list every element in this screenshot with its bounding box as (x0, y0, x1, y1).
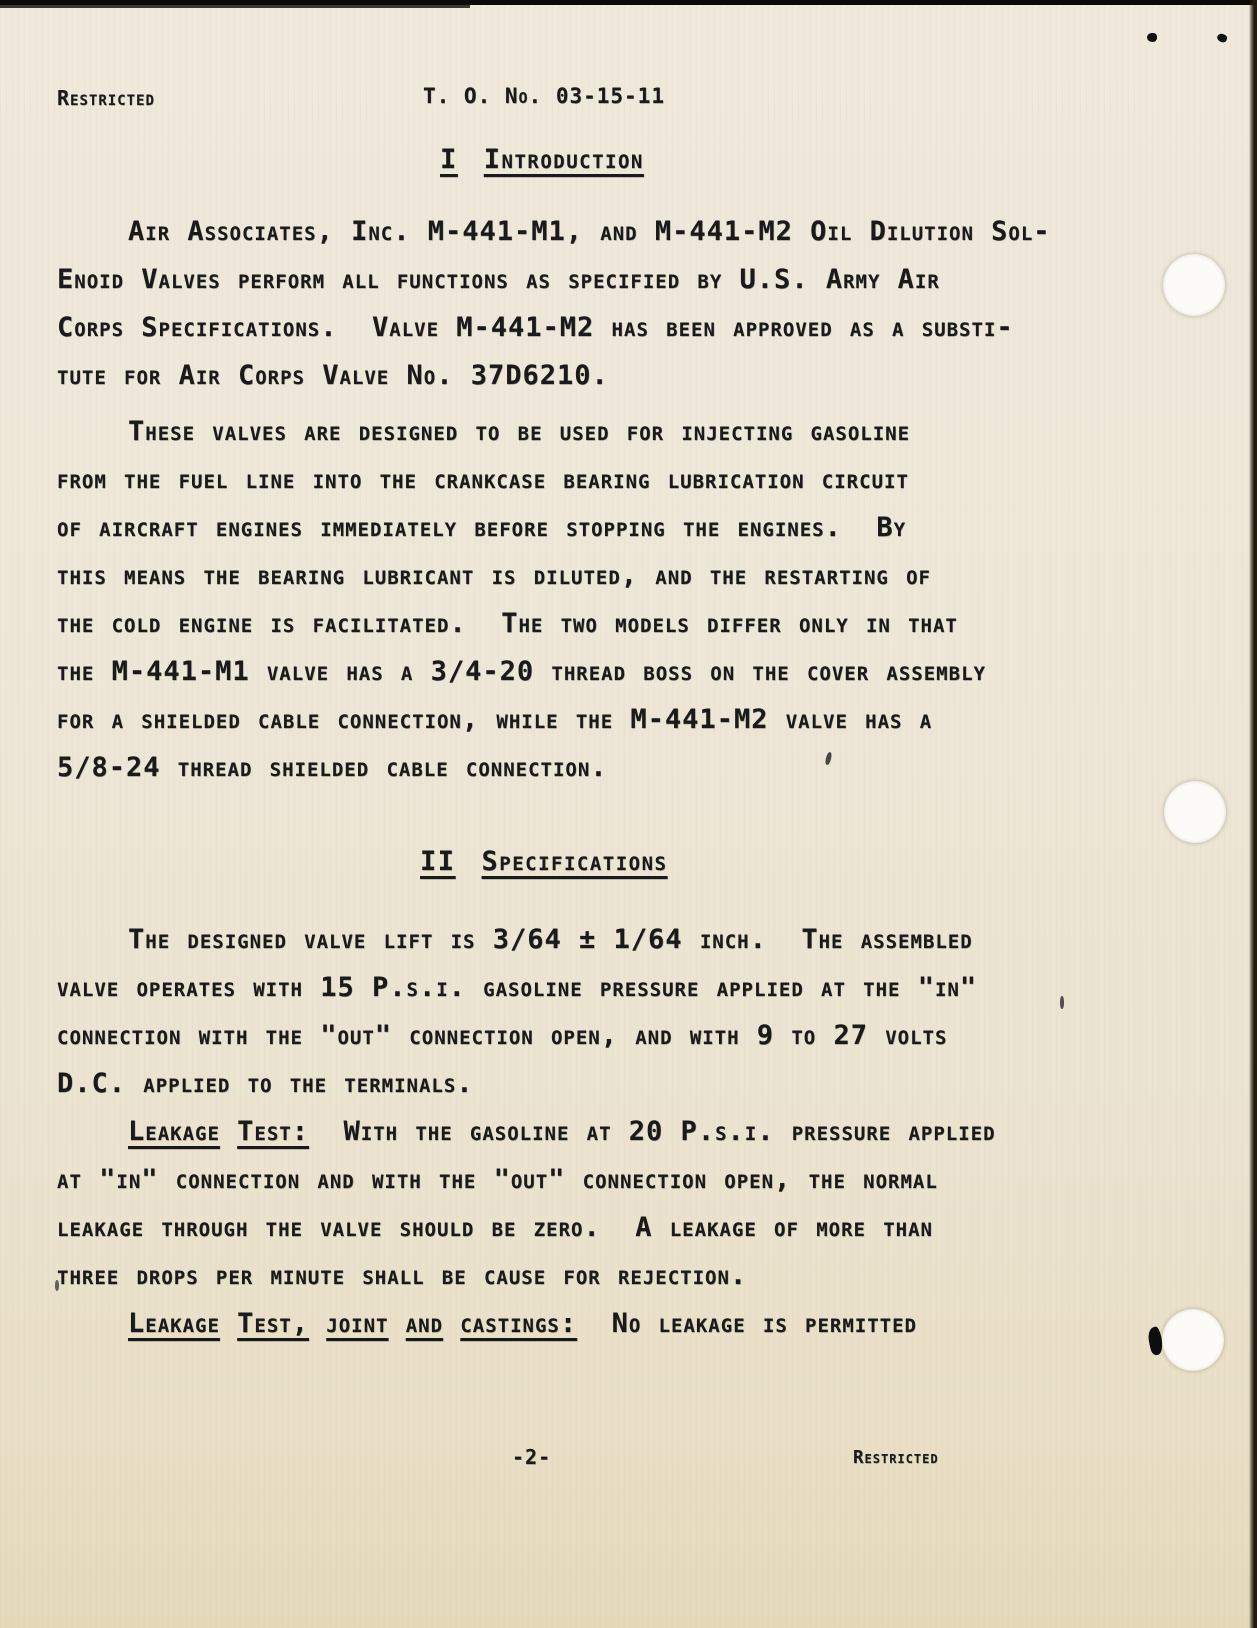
ink-dot-1 (1147, 33, 1157, 42)
underlined-word: Leakage (128, 1308, 220, 1339)
text-line: Air Associates, Inc. M-441-M1, and M-441… (57, 208, 1051, 256)
text-line: Enoid Valves perform all functions as sp… (57, 256, 1051, 304)
text-line: from the fuel line into the crankcase be… (57, 456, 1051, 504)
ink-dot-2 (1216, 33, 1228, 44)
scanned-page: Restricted T. O. No. 03-15-11 IIntroduct… (0, 0, 1257, 1628)
section-i-heading: IIntroduction (440, 140, 644, 180)
text-line: D.C. applied to the terminals. (57, 1060, 996, 1108)
text-line: the cold engine is facilitated. The two … (57, 600, 1051, 648)
text-line: Leakage Test, joint and castings: No lea… (57, 1300, 996, 1348)
section-i-title: Introduction (484, 144, 644, 175)
text-line: valve operates with 15 P.s.i. gasoline p… (57, 964, 996, 1012)
specifications-text: The designed valve lift is 3/64 ± 1/64 i… (57, 916, 996, 1348)
text-line: this means the bearing lubricant is dilu… (57, 552, 1051, 600)
technical-order-number: T. O. No. 03-15-11 (423, 84, 665, 108)
restricted-classification-bottom: Restricted (853, 1448, 939, 1468)
page-number: -2- (512, 1445, 551, 1469)
text-line: leakage through the valve should be zero… (57, 1204, 996, 1252)
text-line: tute for Air Corps Valve No. 37D6210. (57, 352, 1051, 400)
text-line: three drops per minute shall be cause fo… (57, 1252, 996, 1300)
text-line: connection with the "out" connection ope… (57, 1012, 996, 1060)
text-line: for a shielded cable connection, while t… (57, 696, 1051, 744)
text-line: 5/8-24 thread shielded cable connection. (57, 744, 1051, 792)
text-line: the M-441-M1 valve has a 3/4-20 thread b… (57, 648, 1051, 696)
text-line: at "in" connection and with the "out" co… (57, 1156, 996, 1204)
paragraph: Air Associates, Inc. M-441-M1, and M-441… (57, 208, 1051, 400)
paragraph: These valves are designed to be used for… (57, 408, 1051, 792)
scan-edge-right (1249, 0, 1257, 1628)
text-line: of aircraft engines immediately before s… (57, 504, 1051, 552)
section-ii-heading: IISpecifications (420, 842, 667, 882)
underlined-word: Test: (237, 1116, 309, 1147)
underlined-word: castings: (460, 1308, 577, 1339)
punch-hole-middle (1164, 781, 1226, 843)
text-line: The designed valve lift is 3/64 ± 1/64 i… (57, 916, 996, 964)
section-ii-numeral: II (420, 846, 456, 877)
paragraph: Leakage Test, joint and castings: No lea… (57, 1300, 996, 1348)
text-line: Corps Specifications. Valve M-441-M2 has… (57, 304, 1051, 352)
paragraph: Leakage Test: With the gasoline at 20 P.… (57, 1108, 996, 1300)
ink-speck-2 (1060, 996, 1064, 1009)
paragraph: The designed valve lift is 3/64 ± 1/64 i… (57, 916, 996, 1108)
restricted-classification-top: Restricted (57, 86, 155, 110)
text-line: Leakage Test: With the gasoline at 20 P.… (57, 1108, 996, 1156)
punch-hole-bottom (1162, 1309, 1224, 1371)
text-line: These valves are designed to be used for… (57, 408, 1051, 456)
scan-edge-top (0, 0, 1257, 5)
introduction-text: Air Associates, Inc. M-441-M1, and M-441… (57, 208, 1051, 792)
underlined-word: Test, (237, 1308, 309, 1339)
ink-smudge (1146, 1326, 1165, 1356)
section-ii-title: Specifications (482, 846, 668, 877)
underlined-word: joint (326, 1308, 388, 1339)
underlined-word: and (406, 1308, 443, 1339)
underlined-word: Leakage (128, 1116, 220, 1147)
section-i-numeral: I (440, 144, 458, 175)
punch-hole-top (1163, 254, 1225, 316)
